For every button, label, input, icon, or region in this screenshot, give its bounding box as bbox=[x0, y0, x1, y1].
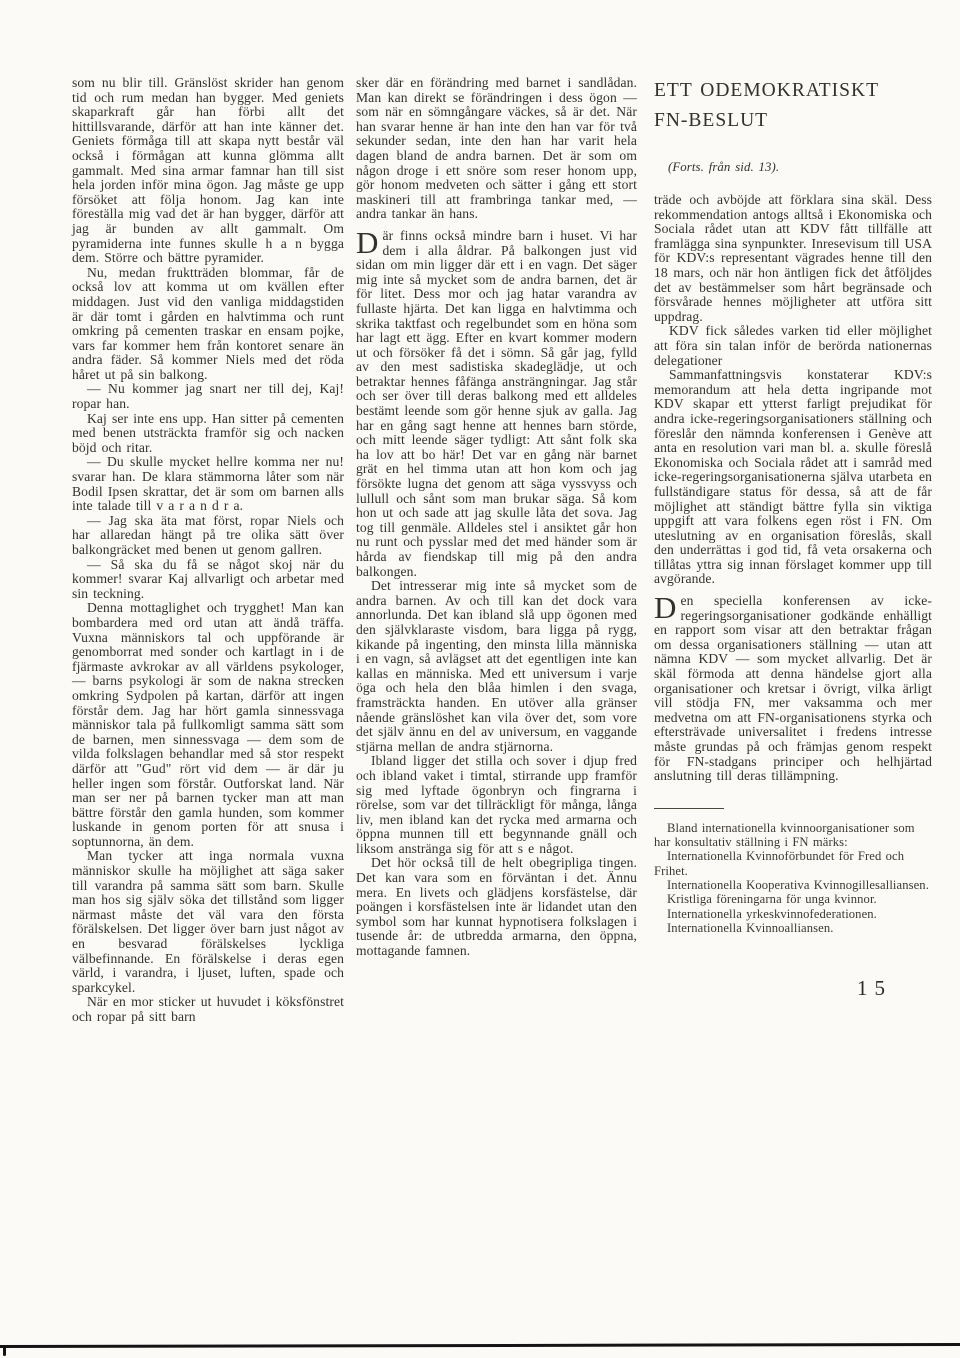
paragraph: Där finns också mindre barn i huset. Vi … bbox=[356, 229, 637, 579]
article-title-line1: ETT ODEMOKRATISKT bbox=[654, 80, 879, 101]
article-body: träde och avböjde att förklara sina skäl… bbox=[654, 193, 932, 784]
column-right: ETT ODEMOKRATISKT FN-BESLUT (Forts. från… bbox=[654, 76, 932, 1025]
divider-rule bbox=[654, 808, 724, 809]
magazine-page: som nu blir till. Gränslöst skrider han … bbox=[0, 0, 960, 1358]
article-title: ETT ODEMOKRATISKT FN-BESLUT bbox=[654, 76, 932, 136]
paragraph: Det hör också till de helt obegripliga t… bbox=[356, 856, 637, 958]
paragraph: som nu blir till. Gränslöst skrider han … bbox=[72, 76, 344, 266]
column-middle: sker där en förändring med barnet i sand… bbox=[356, 76, 637, 1025]
footnote-list: Bland internationella kvinnoorganisation… bbox=[654, 821, 932, 935]
paragraph: Denna mottaglighet och trygghet! Man kan… bbox=[72, 601, 344, 849]
paragraph: träde och avböjde att förklara sina skäl… bbox=[654, 193, 932, 324]
paragraph: Nu, medan fruktträden blommar, får de oc… bbox=[72, 266, 344, 383]
paragraph: Ibland ligger det stilla och sover i dju… bbox=[356, 754, 637, 856]
paragraph: Kaj ser inte ens upp. Han sitter på ceme… bbox=[72, 412, 344, 456]
paragraph: sker där en förändring med barnet i sand… bbox=[356, 76, 637, 222]
article-title-line2: FN-BESLUT bbox=[654, 110, 768, 131]
paragraph: När en mor sticker ut huvudet i köksföns… bbox=[72, 995, 344, 1024]
scan-artifact-hook bbox=[3, 1345, 6, 1356]
paragraph: — Du skulle mycket hellre komma ner nu! … bbox=[72, 455, 344, 513]
paragraph: — Så ska du få se något skoj när du komm… bbox=[72, 558, 344, 602]
drop-cap: D bbox=[654, 594, 681, 620]
paragraph: Internationella yrkeskvinnofederationen. bbox=[654, 907, 932, 921]
paragraph: Det intresserar mig inte så mycket som d… bbox=[356, 579, 637, 754]
paragraph: Internationella Kvinnoförbundet för Fred… bbox=[654, 849, 932, 878]
paragraph: Kristliga föreningarna för unga kvinnor. bbox=[654, 892, 932, 906]
paragraph: — Nu kommer jag snart ner till dej, Kaj!… bbox=[72, 382, 344, 411]
column-left: som nu blir till. Gränslöst skrider han … bbox=[72, 76, 344, 1025]
drop-cap: D bbox=[356, 229, 383, 255]
paragraph: Man tycker att inga normala vuxna männis… bbox=[72, 849, 344, 995]
paragraph: KDV fick således varken tid eller möjlig… bbox=[654, 324, 932, 368]
text-columns: som nu blir till. Gränslöst skrider han … bbox=[0, 0, 960, 1025]
paragraph: Internationella Kooperativa Kvinnogilles… bbox=[654, 878, 932, 892]
scan-artifact-line bbox=[0, 1343, 960, 1348]
continued-from-note: (Forts. från sid. 13). bbox=[668, 160, 932, 175]
paragraph: Bland internationella kvinnoorganisation… bbox=[654, 821, 932, 850]
paragraph: Den speciella konferensen av icke-regeri… bbox=[654, 594, 932, 784]
paragraph: — Jag ska äta mat först, ropar Niels och… bbox=[72, 514, 344, 558]
paragraph: Sammanfattningsvis konstaterar KDV:s mem… bbox=[654, 368, 932, 587]
paragraph: Internationella Kvinnoalliansen. bbox=[654, 921, 932, 935]
page-number: 15 bbox=[654, 981, 932, 996]
